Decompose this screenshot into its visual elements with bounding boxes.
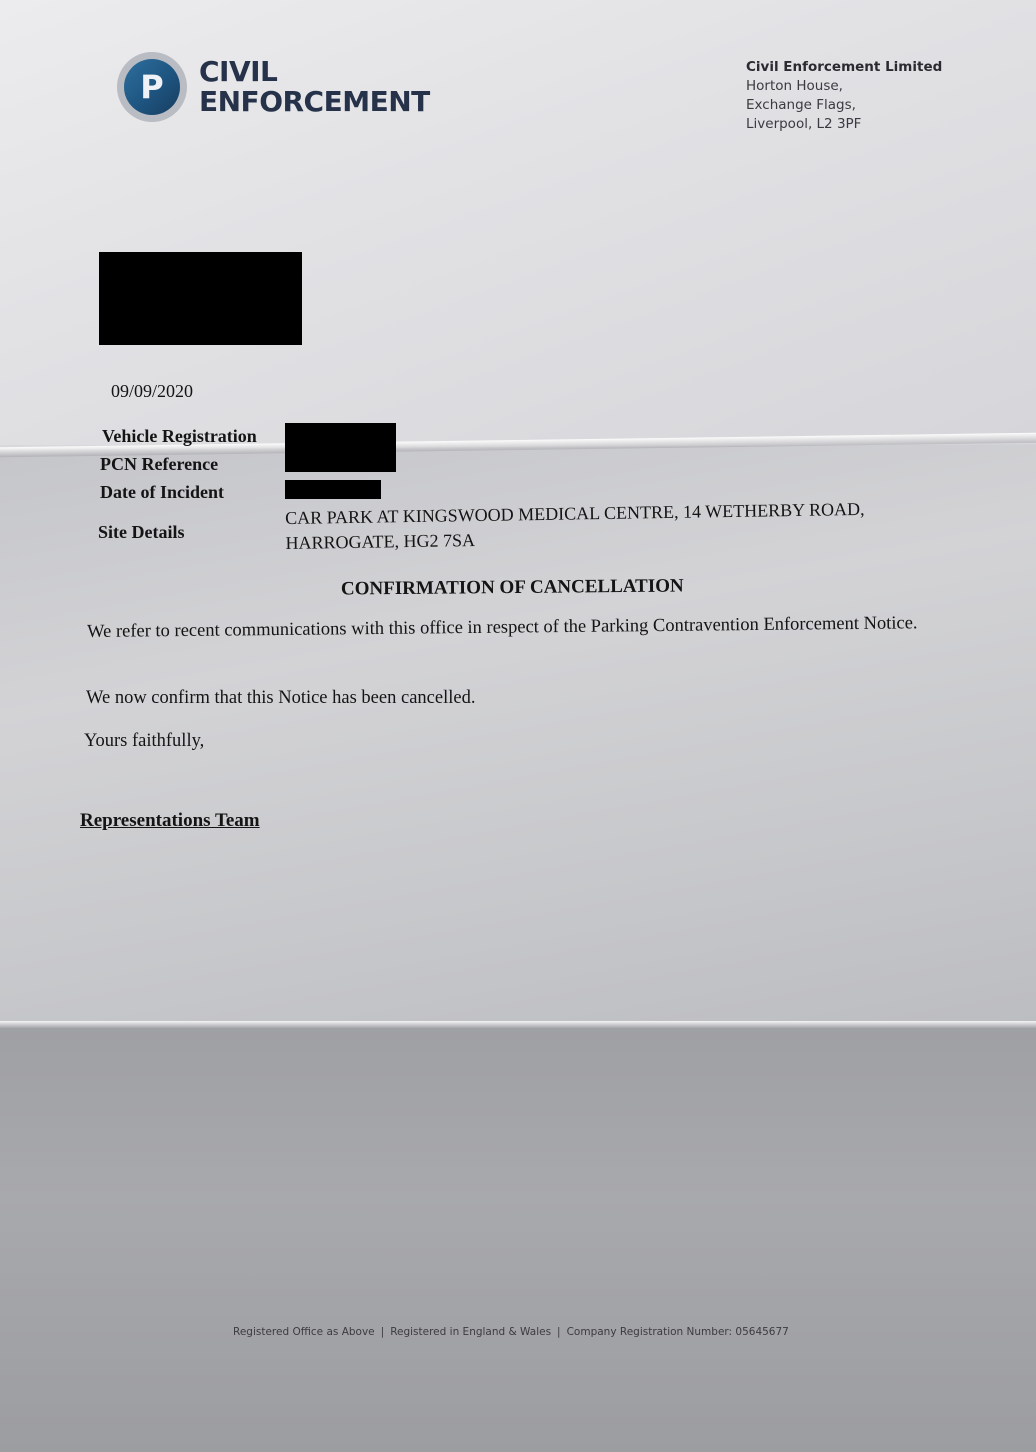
vehicle-registration-label: Vehicle Registration: [102, 426, 257, 447]
redacted-date-of-incident: [285, 480, 381, 499]
parking-p-icon: P: [117, 52, 187, 122]
body-paragraph: We now confirm that this Notice has been…: [86, 686, 475, 711]
date-of-incident-label: Date of Incident: [100, 482, 224, 503]
footer-separator: |: [381, 1326, 385, 1338]
company-name: Civil Enforcement Limited: [746, 58, 942, 77]
paper-fold-line: [0, 1021, 1036, 1029]
footer-item: Registered Office as Above: [233, 1326, 375, 1338]
footer-item: Registered in England & Wales: [390, 1326, 551, 1338]
paper-bottom-panel: [0, 1028, 1036, 1452]
site-details-label: Site Details: [98, 522, 184, 543]
footer-separator: |: [557, 1326, 561, 1338]
closing-salutation: Yours faithfully,: [84, 729, 204, 754]
site-details-value: CAR PARK AT KINGSWOOD MEDICAL CENTRE, 14…: [285, 496, 926, 556]
address-line: Horton House,: [746, 77, 942, 96]
logo-wordmark: CIVIL ENFORCEMENT: [199, 57, 430, 117]
address-line: Liverpool, L2 3PF: [746, 115, 942, 134]
footer-item: Company Registration Number: 05645677: [567, 1326, 789, 1338]
signoff-team: Representations Team: [80, 810, 260, 832]
redacted-recipient-address: [99, 252, 302, 345]
redacted-vehicle-registration: [285, 423, 396, 472]
pcn-reference-label: PCN Reference: [100, 454, 218, 475]
registration-footer: Registered Office as Above|Registered in…: [233, 1326, 789, 1338]
sender-address: Civil Enforcement Limited Horton House, …: [746, 58, 942, 134]
company-logo: P CIVIL ENFORCEMENT: [117, 52, 430, 122]
address-line: Exchange Flags,: [746, 96, 942, 115]
letter-title: CONFIRMATION OF CANCELLATION: [341, 576, 684, 601]
letter-date: 09/09/2020: [111, 381, 193, 402]
